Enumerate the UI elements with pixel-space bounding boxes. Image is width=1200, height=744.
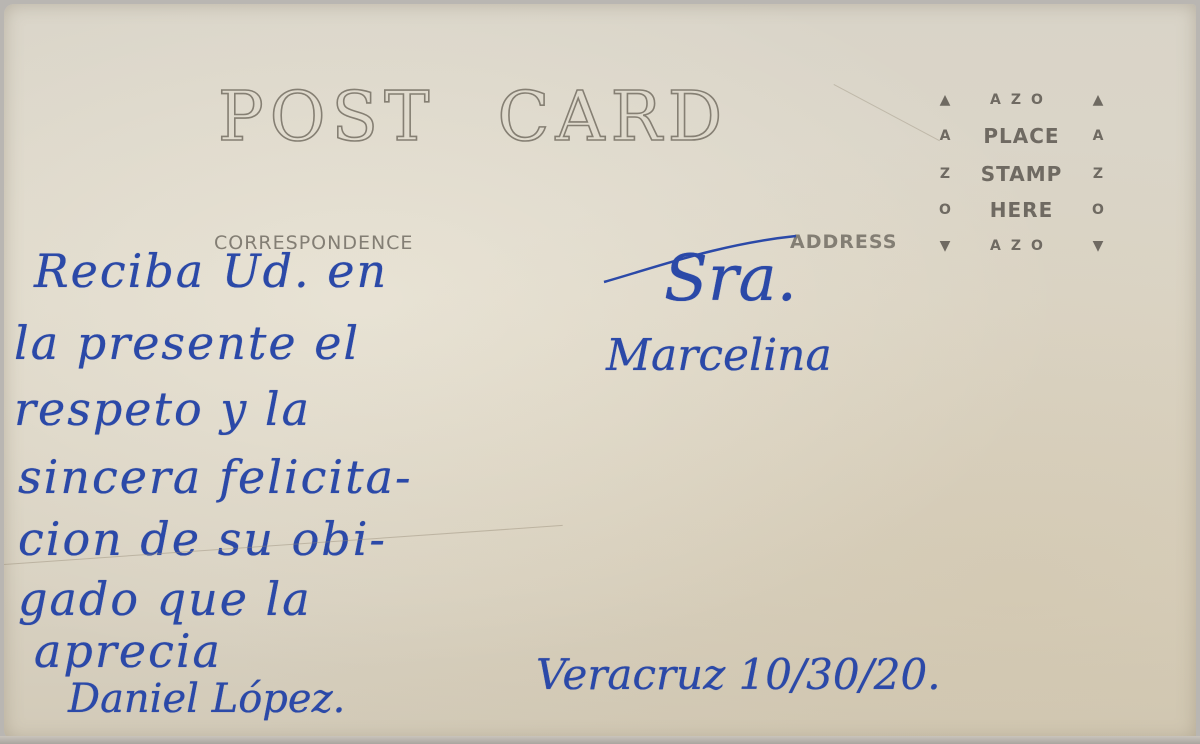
stamp-box: ▲ AZO ▲ A PLACE A Z STAMP Z O HERE O ▼ A… bbox=[934, 92, 1109, 262]
signature: Daniel López. bbox=[68, 676, 345, 722]
postcard-heading: POSTCARD bbox=[218, 84, 728, 152]
stamp-bottom-row: AZO bbox=[956, 238, 1087, 254]
triangle-down-icon: ▼ bbox=[934, 238, 956, 254]
flourish-stroke bbox=[600, 230, 800, 290]
address-label: ADDRESS bbox=[790, 231, 897, 253]
message-line: respeto y la bbox=[14, 382, 311, 436]
stamp-line-stamp: STAMP bbox=[956, 162, 1087, 186]
stamp-side-letter: Z bbox=[1087, 166, 1109, 182]
heading-post: POST bbox=[218, 78, 435, 157]
table-edge bbox=[0, 736, 1200, 744]
addressee-name: Marcelina bbox=[606, 330, 832, 381]
stamp-line-place: PLACE bbox=[956, 124, 1087, 148]
stamp-top-row: AZO bbox=[956, 92, 1087, 108]
stamp-side-letter: O bbox=[934, 202, 956, 218]
message-line: sincera felicita- bbox=[18, 450, 413, 504]
triangle-up-icon: ▲ bbox=[934, 92, 956, 108]
stamp-line-here: HERE bbox=[956, 198, 1087, 222]
paper-crease bbox=[796, 84, 940, 212]
stamp-side-letter: Z bbox=[934, 166, 956, 182]
triangle-up-icon: ▲ bbox=[1087, 92, 1109, 108]
heading-card: CARD bbox=[497, 78, 728, 157]
date-line: Veracruz 10/30/20. bbox=[536, 650, 941, 699]
message-line: aprecia bbox=[34, 624, 222, 678]
stamp-side-letter: O bbox=[1087, 202, 1109, 218]
triangle-down-icon: ▼ bbox=[1087, 238, 1109, 254]
stamp-side-letter: A bbox=[1087, 128, 1109, 144]
postcard-back: POSTCARD CORRESPONDENCE ADDRESS ▲ AZO ▲ … bbox=[4, 4, 1196, 740]
message-line: la presente el bbox=[14, 316, 360, 370]
message-line: Reciba Ud. en bbox=[34, 244, 388, 298]
stamp-side-letter: A bbox=[934, 128, 956, 144]
